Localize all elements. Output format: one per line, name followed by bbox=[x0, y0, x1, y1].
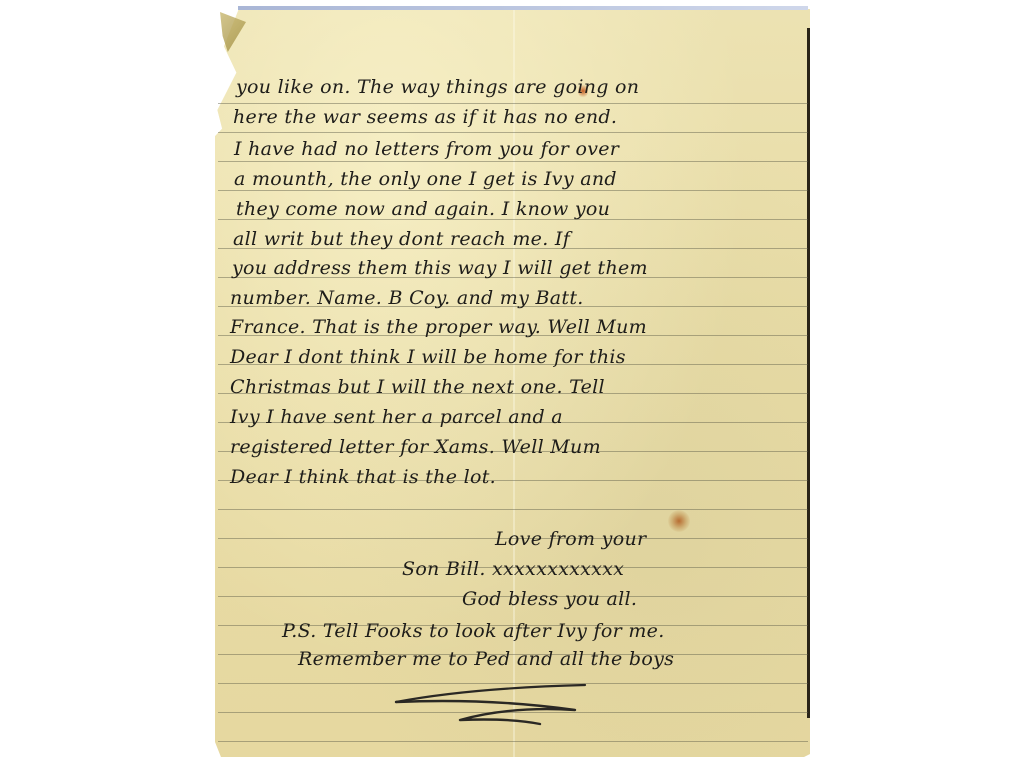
ruled-line bbox=[218, 190, 808, 191]
rust-stain bbox=[668, 510, 690, 532]
ruled-line bbox=[218, 509, 808, 510]
ruled-line bbox=[218, 132, 808, 133]
letter-line: France. That is the proper way. Well Mum bbox=[230, 316, 647, 338]
closing-love-line: Love from your bbox=[495, 528, 646, 550]
letter-line: a mounth, the only one I get is Ivy and bbox=[234, 168, 617, 190]
letter-line: here the war seems as if it has no end. bbox=[233, 106, 617, 128]
letter-line: all writ but they dont reach me. If bbox=[233, 228, 570, 250]
letter-line: you like on. The way things are going on bbox=[236, 76, 639, 98]
ruled-line bbox=[218, 161, 808, 162]
letter-line: Ivy I have sent her a parcel and a bbox=[230, 406, 563, 428]
letter-line: they come now and again. I know you bbox=[236, 198, 610, 220]
letter-line: you address them this way I will get the… bbox=[232, 257, 648, 279]
letter-line: I have had no letters from you for over bbox=[234, 138, 619, 160]
closing-blessing: God bless you all. bbox=[462, 588, 637, 610]
letter-line: number. Name. B Coy. and my Batt. bbox=[230, 287, 584, 309]
closing-signature: Son Bill. xxxxxxxxxxxx bbox=[402, 558, 624, 580]
postscript-line: P.S. Tell Fooks to look after Ivy for me… bbox=[282, 620, 665, 642]
paper-top-edge bbox=[238, 6, 808, 10]
letter-line: Dear I think that is the lot. bbox=[230, 466, 496, 488]
ruled-line bbox=[218, 741, 808, 742]
signature-flourish bbox=[390, 680, 620, 730]
letter-line: Christmas but I will the next one. Tell bbox=[230, 376, 605, 398]
ruled-line bbox=[218, 103, 808, 104]
letter-line: Dear I dont think I will be home for thi… bbox=[230, 346, 626, 368]
letter-line: registered letter for Xams. Well Mum bbox=[230, 436, 601, 458]
postscript-line: Remember me to Ped and all the boys bbox=[298, 648, 674, 670]
